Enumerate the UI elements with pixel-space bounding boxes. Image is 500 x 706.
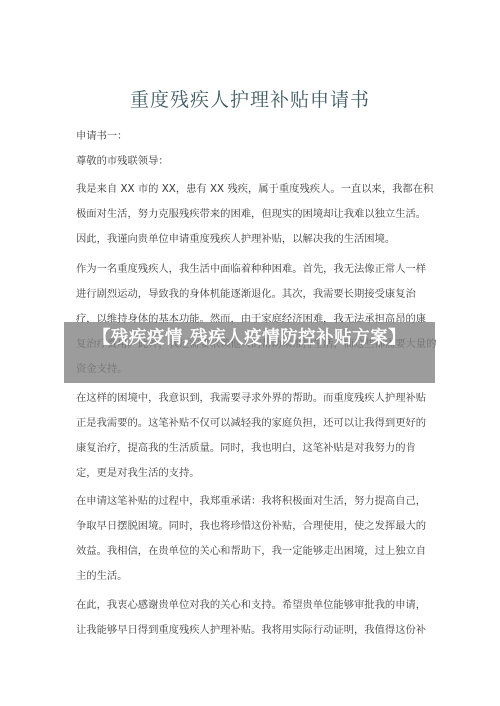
text-line: 让我能够早日得到重度残疾人护理补贴。我将用实际行动证明，我值得这份补 xyxy=(76,618,426,643)
letter-heading-label: 申请书一： xyxy=(76,124,426,149)
letter-salutation: 尊敬的市残联领导： xyxy=(76,149,426,174)
text-line: 极面对生活，努力克服残疾带来的困难，但现实的困境却让我难以独立生活。 xyxy=(76,202,426,227)
document-title: 重度残疾人护理补贴申请书 xyxy=(0,85,500,112)
overlay-title-banner: 【残疾疫情,残疾人疫情防控补贴方案】 xyxy=(64,322,435,383)
banner-title: 【残疾疫情,残疾人疫情防控补贴方案】 xyxy=(70,326,429,350)
text-line: 在申请这笔补贴的过程中，我郑重承诺：我将积极面对生活，努力提高自己， xyxy=(76,489,426,514)
text-line: 我是来自 XX 市的 XX，患有 XX 残疾，属于重度残疾人。一直以来，我都在积 xyxy=(76,177,426,202)
text-line: 作为一名重度残疾人，我生活中面临着种种困难。首先，我无法像正常人一样 xyxy=(76,257,426,282)
text-line: 康复治疗，提高我的生活质量。同时，我也明白，这笔补贴是对我努力的肯 xyxy=(76,436,426,461)
text-line: 因此，我谨向贵单位申请重度残疾人护理补贴，以解决我的生活困境。 xyxy=(76,227,426,252)
text-line: 尊敬的市残联领导： xyxy=(76,149,426,174)
text-line: 正是我需要的。这笔补贴不仅可以减轻我的家庭负担，还可以让我得到更好的 xyxy=(76,411,426,436)
text-line: 效益。我相信，在贵单位的关心和帮助下，我一定能够走出困境，过上独立自 xyxy=(76,539,426,564)
paragraph-4: 在申请这笔补贴的过程中，我郑重承诺：我将积极面对生活，努力提高自己， 争取早日摆… xyxy=(76,489,426,589)
paragraph-3: 在这样的困境中，我意识到，我需要寻求外界的帮助。而重度残疾人护理补贴 正是我需要… xyxy=(76,386,426,486)
text-line: 主的生活。 xyxy=(76,564,426,589)
document-page: 重度残疾人护理补贴申请书 申请书一： 尊敬的市残联领导： 我是来自 XX 市的 … xyxy=(0,0,500,706)
paragraph-1: 我是来自 XX 市的 XX，患有 XX 残疾，属于重度残疾人。一直以来，我都在积… xyxy=(76,177,426,252)
text-line: 进行剧烈运动，导致我的身体机能逐渐退化。其次，我需要长期接受康复治 xyxy=(76,282,426,307)
text-line: 申请书一： xyxy=(76,124,426,149)
paragraph-5: 在此，我衷心感谢贵单位对我的关心和支持。希望贵单位能够审批我的申请， 让我能够早… xyxy=(76,593,426,643)
text-line: 定，更是对我生活的支持。 xyxy=(76,461,426,486)
text-line: 在此，我衷心感谢贵单位对我的关心和支持。希望贵单位能够审批我的申请， xyxy=(76,593,426,618)
text-line: 争取早日摆脱困境。同时，我也将珍惜这份补贴，合理使用，使之发挥最大的 xyxy=(76,514,426,539)
text-line: 在这样的困境中，我意识到，我需要寻求外界的帮助。而重度残疾人护理补贴 xyxy=(76,386,426,411)
